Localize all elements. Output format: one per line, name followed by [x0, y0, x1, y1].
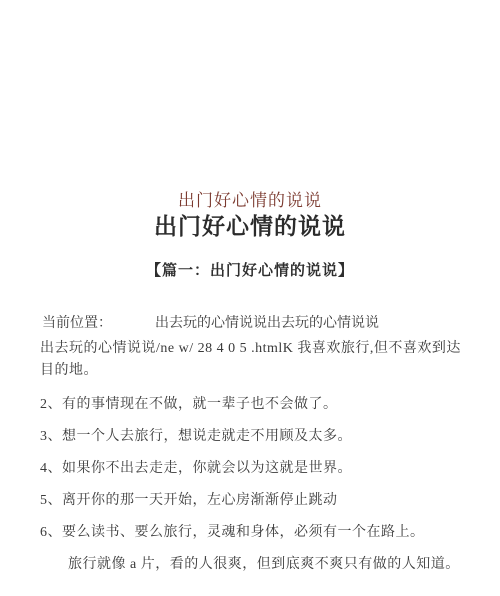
document-page: 出门好心情的说说 出门好心情的说说 【篇一：出门好心情的说说】 当前位置：出去玩…	[0, 0, 500, 596]
quote-item: 2、有的事情现在不做，就一辈子也不会做了。	[0, 396, 500, 414]
quote-item: 6、要么读书、要么旅行，灵魂和身体，必须有一个在路上。	[0, 524, 500, 542]
doc-subtitle: 出门好心情的说说	[0, 0, 500, 210]
doc-title: 出门好心情的说说	[0, 214, 500, 240]
quote-list: 2、有的事情现在不做，就一辈子也不会做了。 3、想一个人去旅行，想说走就走不用顾…	[0, 396, 500, 542]
intro-paragraph: 出去玩的心情说说/ne w/ 28 4 0 5 .htmlK 我喜欢旅行,但不喜…	[0, 338, 464, 382]
breadcrumb: 当前位置：出去玩的心情说说出去玩的心情说说	[0, 315, 500, 333]
breadcrumb-label: 当前位置：	[42, 315, 155, 333]
breadcrumb-path: 出去玩的心情说说出去玩的心情说说	[155, 316, 379, 331]
quote-item: 3、想一个人去旅行，想说走就走不用顾及太多。	[0, 428, 500, 446]
quote-item: 5、离开你的那一天开始，左心房渐渐停止跳动	[0, 492, 500, 510]
closing-line: 旅行就像 a 片，看的人很爽，但到底爽不爽只有做的人知道。	[0, 556, 500, 574]
section-header: 【篇一：出门好心情的说说】	[0, 262, 500, 280]
quote-item: 4、如果你不出去走走，你就会以为这就是世界。	[0, 460, 500, 478]
